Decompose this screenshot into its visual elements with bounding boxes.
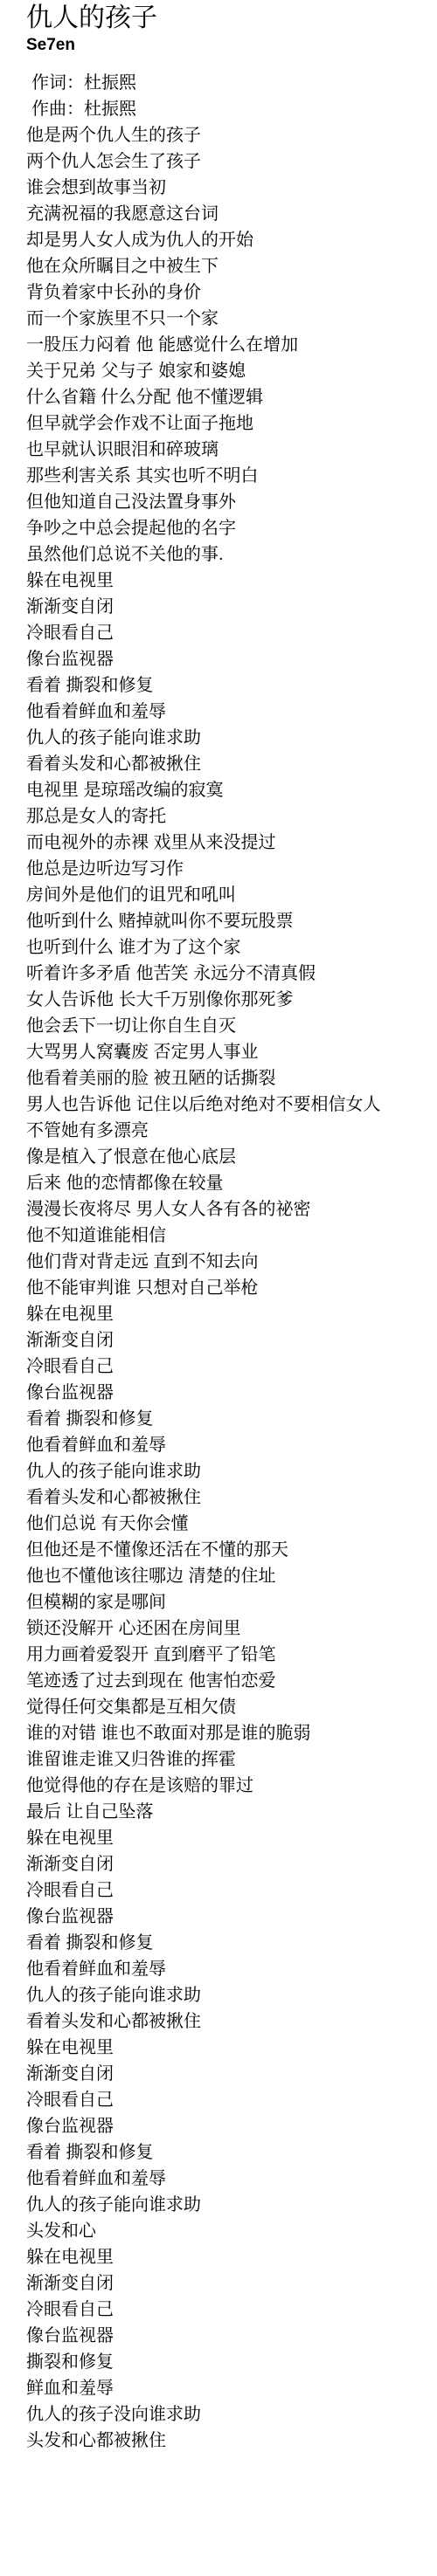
lyric-line: 看着头发和心都被揪住	[26, 2008, 428, 2035]
page-title: 仇人的孩子	[26, 2, 428, 35]
lyric-line: 仇人的孩子能向谁求助	[26, 1458, 428, 1484]
lyric-line: 撕裂和修复	[26, 2349, 428, 2375]
lyric-line: 他听到什么 赌掉就叫你不要玩股票	[26, 908, 428, 934]
lyric-line: 谁会想到故事当初	[26, 175, 428, 201]
lyric-line: 他看着鲜血和羞辱	[26, 1432, 428, 1458]
lyric-line: 冷眼看自己	[26, 1877, 428, 1904]
lyric-line: 冷眼看自己	[26, 2297, 428, 2323]
lyric-line: 头发和心	[26, 2218, 428, 2244]
lyric-line: 他看着鲜血和羞辱	[26, 1956, 428, 1982]
lyric-line: 看着 撕裂和修复	[26, 672, 428, 699]
lyric-line: 他会丢下一切让你自生自灭	[26, 1013, 428, 1039]
lyric-line: 看着 撕裂和修复	[26, 1930, 428, 1956]
lyric-line: 躲在电视里	[26, 2244, 428, 2270]
lyric-line: 什么省籍 什么分配 他不懂逻辑	[26, 384, 428, 410]
lyric-line: 锁还没解开 心还困在房间里	[26, 1615, 428, 1642]
lyric-line: 关于兄弟 父与子 娘家和婆媳	[26, 358, 428, 384]
lyric-line: 他觉得他的存在是该赔的罪过	[26, 1773, 428, 1799]
lyric-line: 冷眼看自己	[26, 2087, 428, 2113]
lyric-line: 但模糊的家是哪间	[26, 1589, 428, 1615]
lyric-line: 也听到什么 谁才为了这个家	[26, 934, 428, 961]
credit-line: 作词：杜振熙	[26, 70, 428, 96]
lyric-line: 但早就学会作戏不让面子拖地	[26, 410, 428, 437]
lyric-line: 像台监视器	[26, 1904, 428, 1930]
lyric-line: 冷眼看自己	[26, 1353, 428, 1380]
lyric-line: 谁的对错 谁也不敢面对那是谁的脆弱	[26, 1720, 428, 1746]
lyric-line: 像台监视器	[26, 2323, 428, 2349]
lyric-line: 房间外是他们的诅咒和吼叫	[26, 882, 428, 908]
lyrics-page: 仇人的孩子 Se7en 作词：杜振熙作曲：杜振熙 他是两个仇人生的孩子两个仇人怎…	[0, 0, 437, 2454]
lyric-line: 渐渐变自闭	[26, 2270, 428, 2297]
lyric-line: 充满祝福的我愿意这台词	[26, 201, 428, 227]
lyric-line: 看着头发和心都被揪住	[26, 751, 428, 777]
lyric-line: 但他还是不懂像还活在不懂的那天	[26, 1537, 428, 1563]
lyric-line: 不管她有多漂亮	[26, 1118, 428, 1144]
lyric-line: 他看着美丽的脸 被丑陋的话撕裂	[26, 1065, 428, 1092]
lyric-line: 渐渐变自闭	[26, 1327, 428, 1353]
lyric-line: 两个仇人怎会生了孩子	[26, 148, 428, 175]
lyric-line: 听着许多矛盾 他苦笑 永远分不清真假	[26, 961, 428, 987]
lyric-line: 头发和心都被揪住	[26, 2428, 428, 2454]
lyric-line: 躲在电视里	[26, 1301, 428, 1327]
lyric-line: 他总是边听边写习作	[26, 856, 428, 882]
lyric-line: 电视里 是琼瑶改编的寂寞	[26, 777, 428, 803]
lyric-line: 渐渐变自闭	[26, 594, 428, 620]
lyric-line: 但他知道自己没法置身事外	[26, 489, 428, 515]
lyric-line: 笔迹透了过去到现在 他害怕恋爱	[26, 1668, 428, 1694]
lyrics-body: 他是两个仇人生的孩子两个仇人怎会生了孩子谁会想到故事当初充满祝福的我愿意这台词却…	[26, 122, 428, 2454]
lyric-line: 女人告诉他 长大千万别像你那死爹	[26, 987, 428, 1013]
lyric-line: 他在众所瞩目之中被生下	[26, 253, 428, 279]
lyric-line: 像是植入了恨意在他心底层	[26, 1144, 428, 1170]
lyric-line: 看着头发和心都被揪住	[26, 1484, 428, 1511]
lyric-line: 却是男人女人成为仇人的开始	[26, 227, 428, 253]
lyric-line: 看着 撕裂和修复	[26, 1406, 428, 1432]
lyric-line: 而一个家族里不只一个家	[26, 306, 428, 332]
lyric-line: 冷眼看自己	[26, 620, 428, 646]
credit-line: 作曲：杜振熙	[26, 96, 428, 122]
lyric-line: 躲在电视里	[26, 1825, 428, 1851]
song-credits: 作词：杜振熙作曲：杜振熙	[26, 70, 428, 122]
lyric-line: 也早就认识眼泪和碎玻璃	[26, 437, 428, 463]
lyric-line: 漫漫长夜将尽 男人女人各有各的祕密	[26, 1196, 428, 1223]
lyric-line: 他看着鲜血和羞辱	[26, 699, 428, 725]
lyric-line: 争吵之中总会提起他的名字	[26, 515, 428, 541]
lyric-line: 像台监视器	[26, 1380, 428, 1406]
lyric-line: 他是两个仇人生的孩子	[26, 122, 428, 148]
lyric-line: 用力画着爱裂开 直到磨平了铅笔	[26, 1642, 428, 1668]
lyric-line: 渐渐变自闭	[26, 1851, 428, 1877]
lyric-line: 仇人的孩子能向谁求助	[26, 725, 428, 751]
lyric-line: 最后 让自己坠落	[26, 1799, 428, 1825]
lyric-line: 背负着家中长孙的身价	[26, 279, 428, 306]
lyric-line: 觉得任何交集都是互相欠债	[26, 1694, 428, 1720]
lyric-line: 仇人的孩子没向谁求助	[26, 2401, 428, 2428]
lyric-line: 虽然他们总说不关他的事.	[26, 541, 428, 568]
lyric-line: 仇人的孩子能向谁求助	[26, 2192, 428, 2218]
lyric-line: 那总是女人的寄托	[26, 803, 428, 830]
lyric-line: 像台监视器	[26, 2113, 428, 2139]
lyric-line: 那些利害关系 其实也听不明白	[26, 463, 428, 489]
lyric-line: 仇人的孩子能向谁求助	[26, 1982, 428, 2008]
lyric-line: 他也不懂他该往哪边 清楚的住址	[26, 1563, 428, 1589]
lyric-line: 躲在电视里	[26, 568, 428, 594]
lyric-line: 鲜血和羞辱	[26, 2375, 428, 2401]
lyric-line: 而电视外的赤裸 戏里从来没提过	[26, 830, 428, 856]
lyric-line: 他不能审判谁 只想对自己举枪	[26, 1275, 428, 1301]
lyric-line: 渐渐变自闭	[26, 2061, 428, 2087]
lyric-line: 他们背对背走远 直到不知去向	[26, 1249, 428, 1275]
lyric-line: 大骂男人窝囊废 否定男人事业	[26, 1039, 428, 1065]
lyric-line: 谁留谁走谁又归咎谁的挥霍	[26, 1746, 428, 1773]
lyric-line: 男人也告诉他 记住以后绝对绝对不要相信女人	[26, 1092, 428, 1118]
lyric-line: 看着 撕裂和修复	[26, 2139, 428, 2166]
lyric-line: 像台监视器	[26, 646, 428, 672]
lyric-line: 一股压力闷着 他 能感觉什么在增加	[26, 332, 428, 358]
lyric-line: 躲在电视里	[26, 2035, 428, 2061]
lyric-line: 他不知道谁能相信	[26, 1223, 428, 1249]
lyric-line: 后来 他的恋情都像在较量	[26, 1170, 428, 1196]
artist-name: Se7en	[26, 35, 428, 56]
lyric-line: 他看着鲜血和羞辱	[26, 2166, 428, 2192]
lyric-line: 他们总说 有天你会懂	[26, 1511, 428, 1537]
